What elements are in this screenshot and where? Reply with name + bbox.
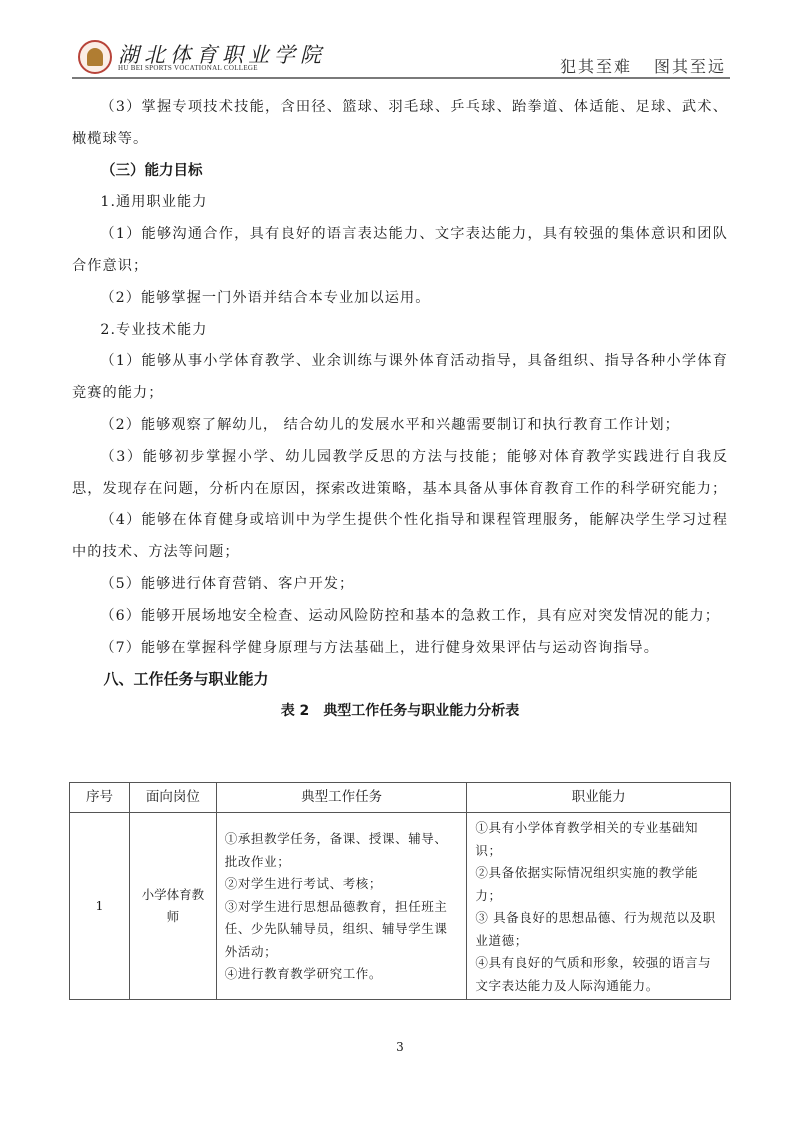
section-heading-8: 八、工作任务与职业能力 [72,664,728,696]
cell-abilities: ①具有小学体育教学相关的专业基础知识； ②具备依据实际情况组织实施的教学能力； … [467,813,731,1000]
motto-part-2: 图其至远 [654,57,726,76]
table-caption-text: 典型工作任务与职业能力分析表 [323,703,519,719]
college-motto: 犯其至难图其至远 [538,54,726,77]
technical-ability-item: （7）能够在掌握科学健身原理与方法基础上，进行健身效果评估与运动咨询指导。 [72,633,728,665]
table-row: 1 小学体育教师 ①承担教学任务，备课、授课、辅导、批改作业； ②对学生进行考试… [70,813,731,1000]
college-name-en: HU BEI SPORTS VOCATIONAL COLLEGE [118,64,258,72]
document-body: （3）掌握专项技术技能，含田径、篮球、羽毛球、乒乓球、跆拳道、体适能、足球、武术… [72,92,728,726]
ability-item: ①具有小学体育教学相关的专业基础知识； [475,817,722,862]
column-header-index: 序号 [70,783,130,813]
table-caption-number: 表 2 [281,703,310,719]
technical-ability-item: （2）能够观察了解幼儿， 结合幼儿的发展水平和兴趣需要制订和执行教育工作计划； [72,410,728,442]
ability-item: ②具备依据实际情况组织实施的教学能力； [475,862,722,907]
page-number: 3 [0,1040,800,1054]
column-header-tasks: 典型工作任务 [216,783,467,813]
general-ability-item: （2）能够掌握一门外语并结合本专业加以运用。 [72,283,728,315]
subheading-technical-ability: 2.专业技术能力 [72,315,728,347]
paragraph-skill-3: （3）掌握专项技术技能，含田径、篮球、羽毛球、乒乓球、跆拳道、体适能、足球、武术… [72,92,728,156]
technical-ability-item: （1）能够从事小学体育教学、业余训练与课外体育活动指导，具备组织、指导各种小学体… [72,346,728,410]
ability-item: ③ 具备良好的思想品德、行为规范以及职业道德； [475,907,722,952]
page-header: 湖北体育职业学院 HU BEI SPORTS VOCATIONAL COLLEG… [72,36,728,80]
general-ability-item: （1）能够沟通合作，具有良好的语言表达能力、文字表达能力，具有较强的集体意识和团… [72,219,728,283]
ability-item: ④具有良好的气质和形象，较强的语言与文字表达能力及人际沟通能力。 [475,952,722,997]
task-item: ①承担教学任务，备课、授课、辅导、批改作业； [225,828,459,873]
college-emblem-icon [78,40,112,74]
subheading-general-ability: 1.通用职业能力 [72,187,728,219]
task-item: ②对学生进行考试、考核； [225,873,459,896]
task-item: ④进行教育教学研究工作。 [225,963,459,986]
technical-ability-item: （4）能够在体育健身或培训中为学生提供个性化指导和课程管理服务，能解决学生学习过… [72,505,728,569]
technical-ability-item: （3）能够初步掌握小学、幼儿园教学反思的方法与技能；能够对体育教学实践进行自我反… [72,442,728,506]
task-item: ③对学生进行思想品德教育，担任班主任、少先队辅导员，组织、辅导学生课外活动； [225,896,459,964]
technical-ability-item: （5）能够进行体育营销、客户开发； [72,569,728,601]
column-header-abilities: 职业能力 [467,783,731,813]
cell-tasks: ①承担教学任务，备课、授课、辅导、批改作业； ②对学生进行考试、考核； ③对学生… [216,813,467,1000]
table-caption: 表 2典型工作任务与职业能力分析表 [72,696,728,726]
cell-post: 小学体育教师 [129,813,216,1000]
section-heading-ability: （三）能力目标 [72,156,728,188]
column-header-post: 面向岗位 [129,783,216,813]
table-header-row: 序号 面向岗位 典型工作任务 职业能力 [70,783,731,813]
cell-index: 1 [70,813,130,1000]
header-divider [72,77,730,79]
motto-part-1: 犯其至难 [560,57,632,76]
task-ability-table: 序号 面向岗位 典型工作任务 职业能力 1 小学体育教师 ①承担教学任务，备课、… [69,782,731,1000]
technical-ability-item: （6）能够开展场地安全检查、运动风险防控和基本的急救工作，具有应对突发情况的能力… [72,601,728,633]
